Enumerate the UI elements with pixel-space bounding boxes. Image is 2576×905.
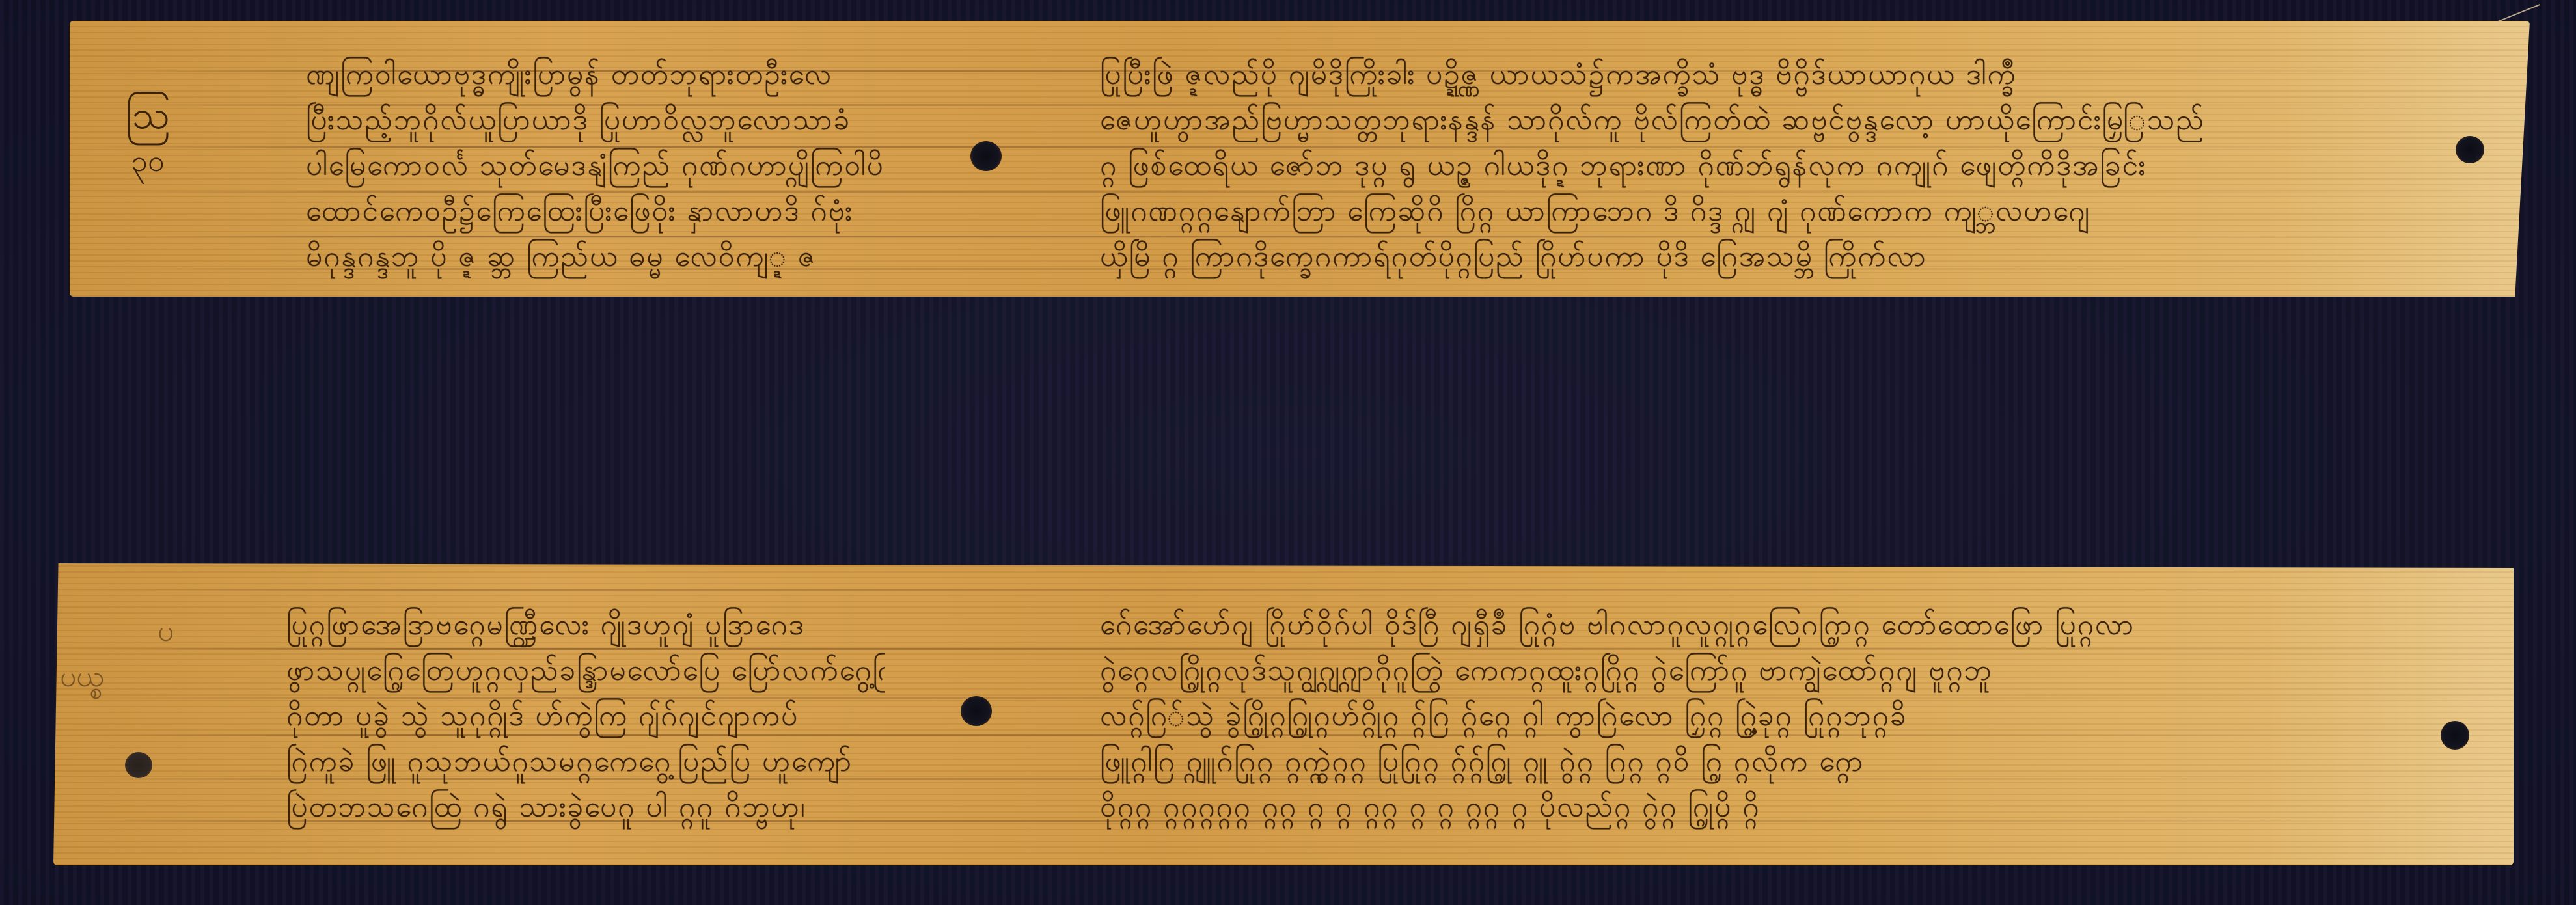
text-line: ဂ္ဂ ဖြစ်ထေရိယ ဇော်ဘ ဒုပ္ဂ ရွ ယဉ္ဇ ဂါယဒို… — [1100, 143, 2323, 189]
palm-leaf-top: ဩ ၃၀ ဏျကြဝါယောဗုဒ္ဓကျိုးပြာမွန် တတ်ဘုရား… — [70, 21, 2530, 297]
text-line: ပြုပြီးဖြဲ ဇ္ဍလည်ပို ဂျမိဒိုကြိုးခါး ပဍ္… — [1100, 52, 2323, 98]
text-block-left: ဏျကြဝါယောဗုဒ္ဓကျိုးပြာမွန် တတ်ဘုရားတဦးလေ… — [306, 52, 905, 286]
text-line: ဖွာသပ္ဂုဂ္ဂြေတြေဟူဂ္ဂလှည်ခန္ဒြာမလော်ပြေ … — [286, 648, 885, 694]
binding-hole-center — [970, 141, 1002, 171]
text-block-right: ပြုပြီးဖြဲ ဇ္ဍလည်ပို ဂျမိဒိုကြိုးခါး ပဍ္… — [1100, 52, 2323, 286]
text-line: ဂွဲဂ္ဂေလဂ္ဂြိုဂ္ဂလုဒ်သူဂျွဂ္ဂျဂ္ဂျာဂိုဂူ… — [1100, 648, 2350, 694]
text-line: ပြီးသည့်ဘူဂိုလ်ယူပြာယာဒို ပြုဟာဝိလ္လဘူလေ… — [306, 98, 905, 143]
folio-letter: ပ — [60, 609, 190, 655]
palm-leaf-bottom: ပ ပယ္စ ပြုဂ္ဂဖြာအေဒြာဗဂ္ဂေမဏ္ဍြီလေး ဂျို… — [53, 563, 2514, 865]
text-line: ပါမြေကောဝင်္လ သုတ်မေဒနျံကြည် ဂုဏ်ဂဟာပ္ဂျ… — [306, 143, 905, 189]
text-line: ဖြူဂ္ဂါဂြ ဂ္ဂျူဂ်ဂြုဂ္ဂ ဂ္ဂ္ဂကွဲဂ္ဂဂ္ဂ ပ… — [1100, 739, 2350, 785]
text-line: ဏျကြဝါယောဗုဒ္ဓကျိုးပြာမွန် တတ်ဘုရားတဦးလေ — [306, 52, 905, 98]
text-line: ဂ်ေအော်ပော်ဂျ ဂြိုဟ်ဝိုဂ်ပါ ဝိုဒ်ဂြီ ဂျရ… — [1100, 602, 2350, 648]
text-line: ထောင်ကေဝဦ၌ကြေထြေးပြီးဖြေဝိုး နှာလာဟဒိ ဂ်… — [306, 189, 905, 234]
text-line: ဇေဟူဟွာအည်ဗြဟ္မာသတ္တဘုရားနန္ဒန် သာဂိုလ်က… — [1100, 98, 2323, 143]
folio-mark: ဩ ၃၀ — [109, 92, 187, 183]
folio-number: ပယ္စ — [60, 655, 190, 700]
loose-fiber — [2498, 4, 2541, 22]
text-line: ဝိုဂ္ဂဂ္ဂ ဂ္ဂဂ္ဂဂ္ဂဂ္ဂဂ္ဂ ဂ္ဂဂ္ဂ ဂ္ဂ ဂ္ဂ… — [1100, 785, 2350, 830]
folio-mark: ပ ပယ္စ — [60, 609, 190, 700]
text-line: ပြဲတဘသဂေထြဲ ဂရွဲ သားခွဲပေဂူ ပါ ဂ္ဂဂူ ဂိဘ… — [286, 785, 885, 830]
binding-hole-center — [961, 696, 992, 726]
text-block-right: ဂ်ေအော်ပော်ဂျ ဂြိုဟ်ဝိုဂ်ပါ ဝိုဒ်ဂြီ ဂျရ… — [1100, 602, 2350, 843]
binding-hole-right — [2456, 136, 2484, 163]
folio-letter: ဩ — [109, 92, 187, 138]
folio-number: ၃၀ — [109, 138, 187, 183]
text-line: ပြုဂ္ဂဖြာအေဒြာဗဂ္ဂေမဏ္ဍြီလေး ဂျိုဒဟူဂျံ … — [286, 602, 885, 648]
text-line: ဖြူဂဏဂ္ဂဂ္ဂနျောက်ဘြာ ကြေဆိုဂိ ဂြိဂ္ဂ ယာက… — [1100, 189, 2323, 234]
text-block-left: ပြုဂ္ဂဖြာအေဒြာဗဂ္ဂေမဏ္ဍြီလေး ဂျိုဒဟူဂျံ … — [286, 602, 885, 843]
binding-hole-left — [125, 752, 152, 778]
binding-hole-right — [2441, 721, 2469, 750]
text-line: ယှိမြိ ဂ္ဂ ကြာဂဒိုက္ခေဂကာရ်ဂုတ်ပိုဂ္ဂပြည… — [1100, 234, 2323, 280]
text-line: လဂ္ဂ်ဂြ်သွဲ ခွဲဂ္ဂြိုဂ္ဂဂ္ဂြုဂ္ဂဟ်ဂ္ဂိုဂ… — [1100, 694, 2350, 739]
text-line: ဂြဲကူခဲ ဖြူ ဂူသုဘယ်ဂူသမဂ္ဂကေဂွေ့ပြည်ပြ ဟ… — [286, 739, 885, 785]
text-line: မိဂုန္ဒဂန္ဒဘူ ပို ဇ္ဍ ဆ္ဘ ကြည်ယ ဓမ္မ လေဝ… — [306, 234, 905, 280]
text-line: ဂိုတာ ပူခွဲ သွဲ သူဂုဂ္ဂိုဒ် ဟ်ကွဲကြ ဂျ်ဂ… — [286, 694, 885, 739]
